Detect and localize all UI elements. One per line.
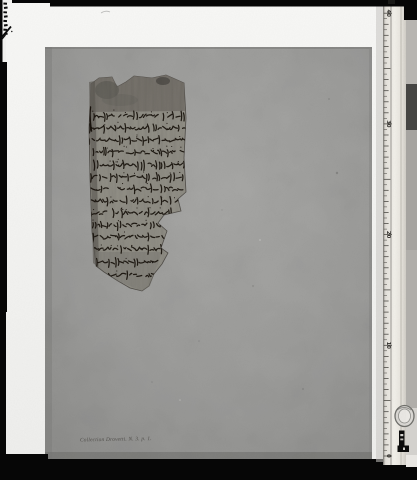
photo-stage: Collection Drovetti. N. 3. p. 1. 4030201… <box>0 0 417 480</box>
grain-overlay <box>6 3 406 467</box>
film-edge-left <box>0 62 7 312</box>
archival-photo: Collection Drovetti. N. 3. p. 1. 4030201… <box>0 0 417 480</box>
film-edge-left <box>0 290 4 480</box>
